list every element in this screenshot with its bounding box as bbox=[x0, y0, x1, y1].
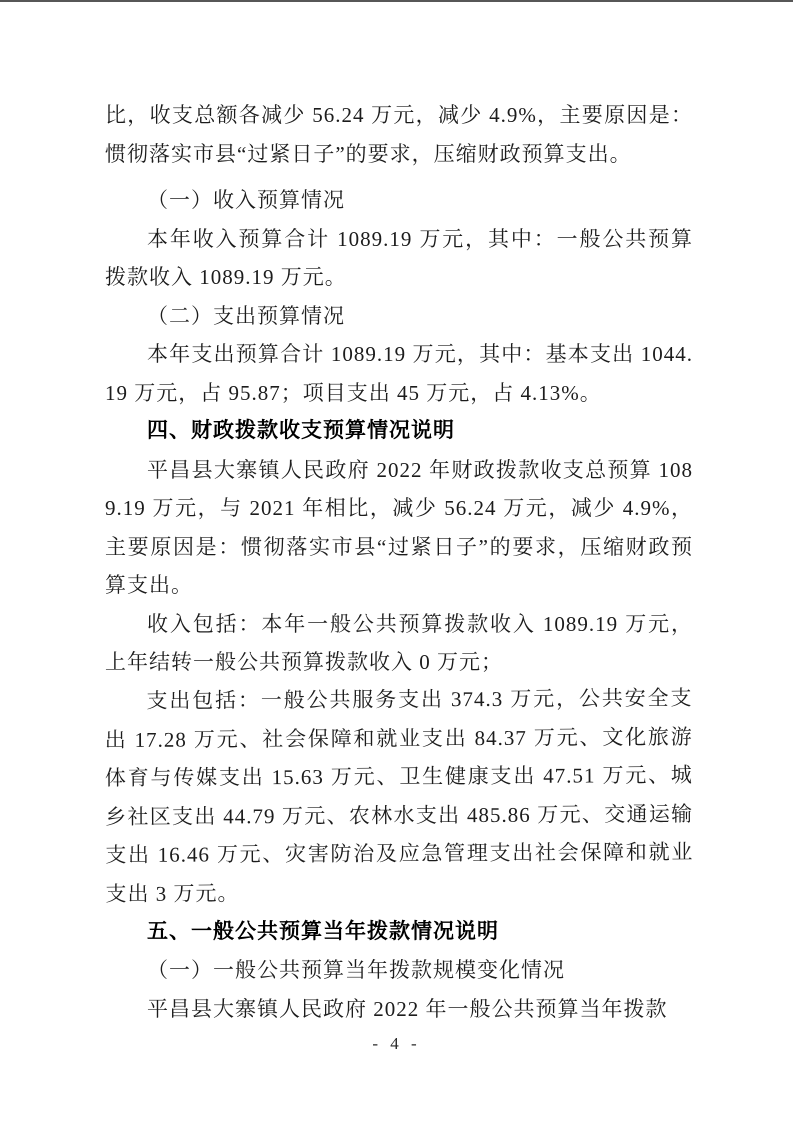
paragraph-current-year-appropriation: 平昌县大寨镇人民政府 2022 年一般公共预算当年拨款 bbox=[105, 990, 693, 1029]
document-page: 比，收支总额各减少 56.24 万元，减少 4.9%，主要原因是：惯彻落实市县“… bbox=[0, 0, 793, 1122]
scan-edge-artifact bbox=[0, 0, 793, 2]
paragraph-expense-budget: 本年支出预算合计 1089.19 万元，其中：基本支出 1044.19 万元，占… bbox=[105, 335, 693, 412]
paragraph-income-includes: 收入包括：本年一般公共预算拨款收入 1089.19 万元，上年结转一般公共预算拨… bbox=[105, 605, 693, 682]
section-heading-four-fiscal-appropriation: 四、财政拨款收支预算情况说明 bbox=[105, 412, 693, 451]
paragraph-fiscal-total-budget: 平昌县大寨镇人民政府 2022 年财政拨款收支总预算 1089.19 万元，与 … bbox=[105, 451, 693, 605]
document-body: 比，收支总额各减少 56.24 万元，减少 4.9%，主要原因是：惯彻落实市县“… bbox=[105, 96, 693, 1028]
subsection-heading-appropriation-scale-change: （一）一般公共预算当年拨款规模变化情况 bbox=[105, 951, 693, 990]
section-heading-five-public-budget: 五、一般公共预算当年拨款情况说明 bbox=[105, 913, 693, 952]
paragraph-income-budget: 本年收入预算合计 1089.19 万元，其中：一般公共预算拨款收入 1089.1… bbox=[105, 220, 693, 297]
paragraph-continuation: 比，收支总额各减少 56.24 万元，减少 4.9%，主要原因是：惯彻落实市县“… bbox=[105, 96, 693, 173]
subsection-heading-income-budget: （一）收入预算情况 bbox=[105, 181, 693, 220]
page-number: - 4 - bbox=[0, 1034, 793, 1054]
paragraph-expense-includes: 支出包括：一般公共服务支出 374.3 万元，公共安全支出 17.28 万元、社… bbox=[104, 678, 693, 912]
subsection-heading-expense-budget: （二）支出预算情况 bbox=[105, 297, 693, 336]
